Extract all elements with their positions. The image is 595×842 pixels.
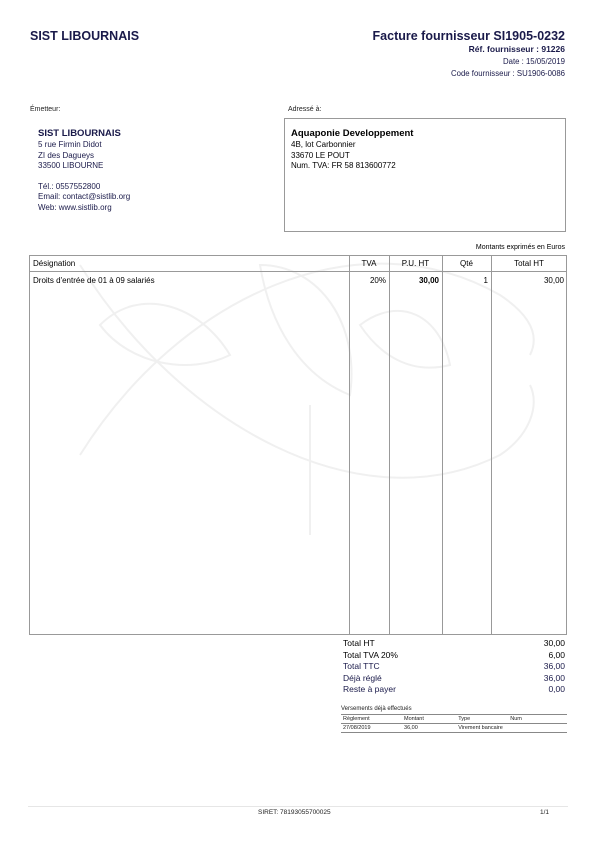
emitter-address-line: 33500 LIBOURNE — [38, 161, 130, 172]
footer-divider — [28, 806, 568, 807]
table-row-designation: Droits d'entrée de 01 à 09 salariés — [33, 276, 155, 285]
already-paid-line: Déjà réglé 36,00 — [343, 673, 565, 685]
company-name: SIST LIBOURNAIS — [30, 29, 139, 43]
total-label: Déjà réglé — [343, 673, 382, 685]
payments-header-num: Num — [508, 715, 567, 724]
recipient-address-line: 4B, lot Carbonnier — [291, 140, 413, 151]
table-row-tva: 20% — [349, 276, 386, 285]
total-value: 6,00 — [548, 650, 565, 662]
page-number: 1/1 — [540, 809, 549, 816]
total-tva-line: Total TVA 20% 6,00 — [343, 650, 565, 662]
currency-note: Montants exprimés en Euros — [476, 244, 565, 251]
total-value: 30,00 — [544, 638, 565, 650]
payments-header-amount: Montant — [402, 715, 456, 724]
emitter-phone: Tél.: 0557552800 — [38, 182, 130, 193]
document-title: Facture fournisseur SI1905-0232 — [373, 29, 565, 43]
column-header-unit-price: P.U. HT — [389, 259, 442, 268]
payment-type: Virement bancaire — [456, 724, 567, 733]
payments-header-date: Règlement — [341, 715, 402, 724]
payments-table: Règlement Montant Type Num 27/08/2019 36… — [341, 714, 567, 733]
column-header-quantity: Qté — [442, 259, 491, 268]
remaining-due-line: Reste à payer 0,00 — [343, 684, 565, 696]
emitter-email[interactable]: Email: contact@sistlib.org — [38, 192, 130, 203]
payments-title: Versements déjà effectués — [341, 706, 567, 712]
recipient-vat-number: Num. TVA: FR 58 813600772 — [291, 161, 413, 172]
emitter-address-block: SIST LIBOURNAIS 5 rue Firmin Didot ZI de… — [38, 128, 130, 213]
table-row: 27/08/2019 36,00 Virement bancaire — [341, 724, 567, 733]
totals-block: Total HT 30,00 Total TVA 20% 6,00 Total … — [343, 638, 565, 696]
payments-header-type: Type — [456, 715, 508, 724]
payment-date: 27/08/2019 — [341, 724, 402, 733]
invoice-date: Date : 15/05/2019 — [503, 57, 565, 66]
supplier-code: Code fournisseur : SU1906-0086 — [451, 69, 565, 78]
total-ht-line: Total HT 30,00 — [343, 638, 565, 650]
recipient-address-line: 33670 LE POUT — [291, 151, 413, 162]
column-header-designation: Désignation — [33, 259, 75, 268]
total-value: 36,00 — [544, 673, 565, 685]
total-label: Total HT — [343, 638, 375, 650]
total-value: 36,00 — [544, 661, 565, 673]
recipient-address-block: Aquaponie Developpement 4B, lot Carbonni… — [291, 128, 413, 172]
recipient-label: Adressé à: — [288, 106, 321, 113]
payment-amount: 36,00 — [402, 724, 456, 733]
column-header-total-ht: Total HT — [491, 259, 567, 268]
total-label: Total TVA 20% — [343, 650, 398, 662]
emitter-address-line: ZI des Dagueys — [38, 151, 130, 162]
emitter-label: Émetteur: — [30, 106, 60, 113]
table-row-unit-price: 30,00 — [389, 276, 439, 285]
table-row-total-ht: 30,00 — [491, 276, 564, 285]
payments-section: Versements déjà effectués Règlement Mont… — [341, 706, 567, 733]
table-row-quantity: 1 — [442, 276, 488, 285]
supplier-reference: Réf. fournisseur : 91226 — [469, 44, 565, 54]
recipient-name: Aquaponie Developpement — [291, 128, 413, 140]
column-header-tva: TVA — [349, 259, 389, 268]
emitter-address-line: 5 rue Firmin Didot — [38, 140, 130, 151]
emitter-website[interactable]: Web: www.sistlib.org — [38, 203, 130, 214]
total-label: Reste à payer — [343, 684, 396, 696]
emitter-name: SIST LIBOURNAIS — [38, 128, 130, 140]
total-label: Total TTC — [343, 661, 380, 673]
line-items-table: Désignation TVA P.U. HT Qté Total HT Dro… — [29, 255, 567, 635]
footer-siret: SIRET: 78193055700025 — [258, 809, 331, 816]
total-value: 0,00 — [548, 684, 565, 696]
total-ttc-line: Total TTC 36,00 — [343, 661, 565, 673]
